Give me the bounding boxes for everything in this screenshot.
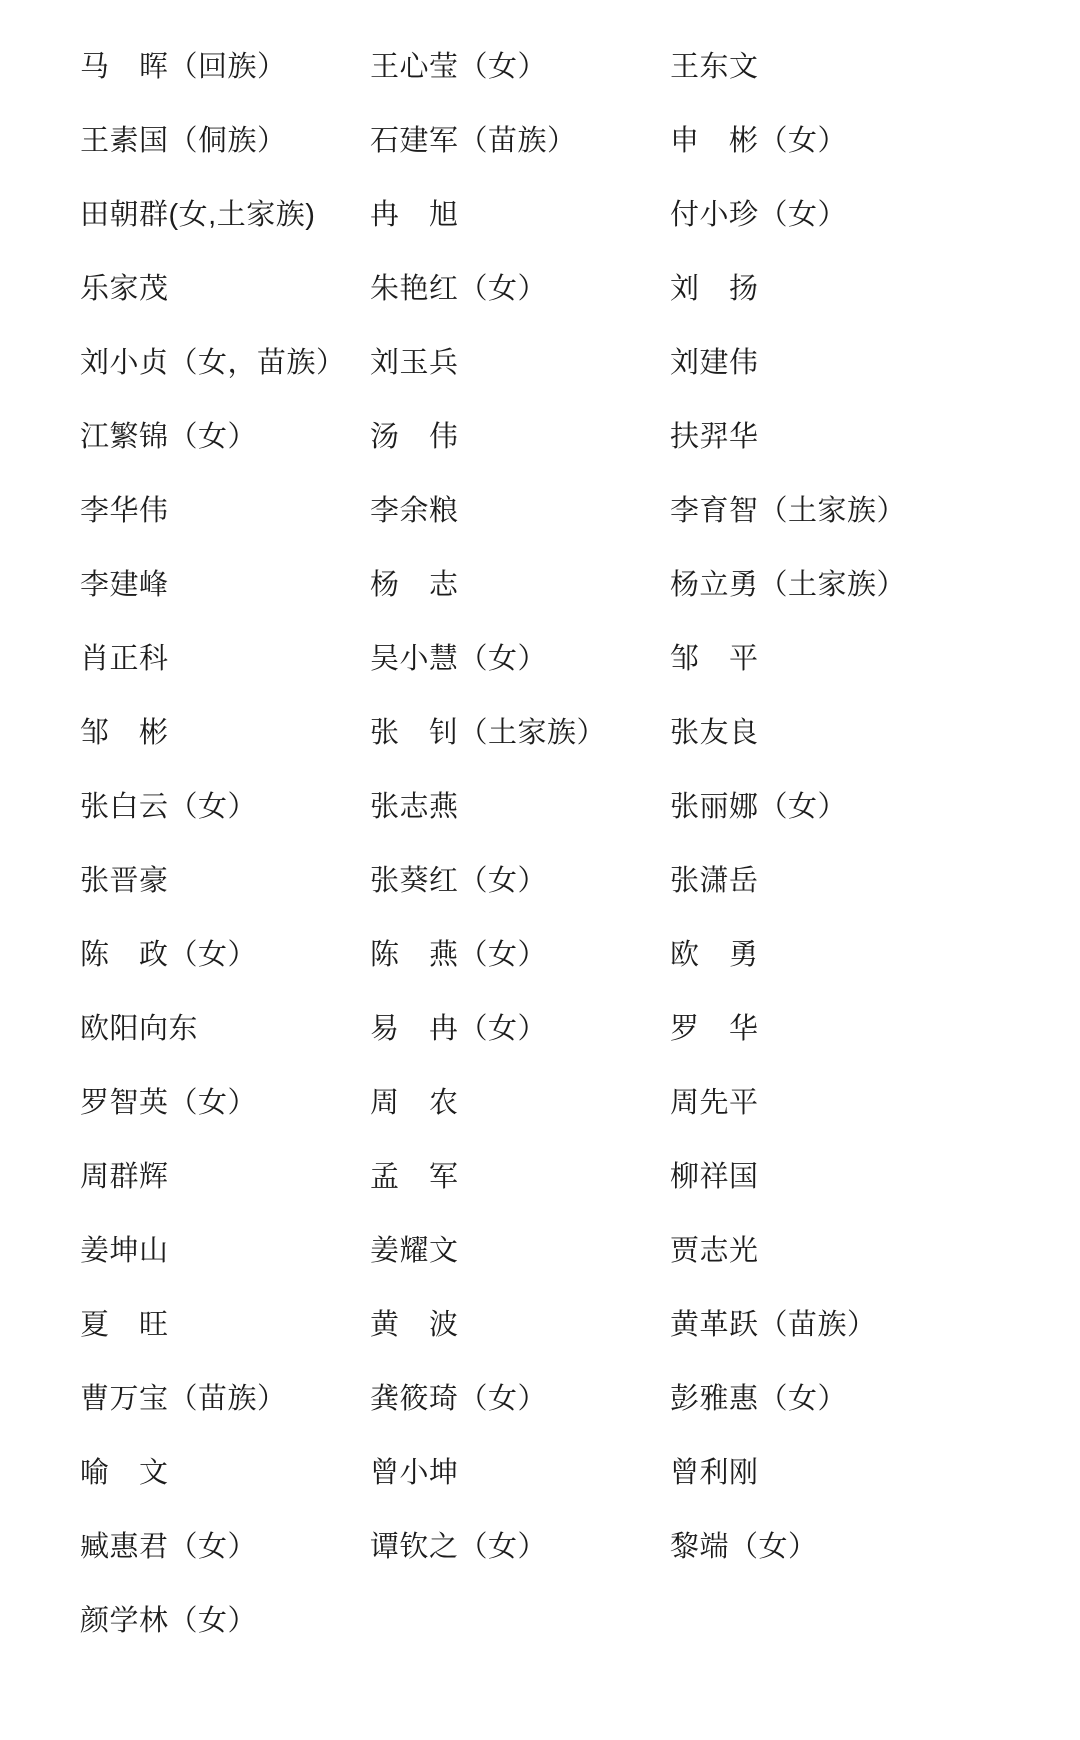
person-name: 姜耀文 (370, 1237, 670, 1266)
person-name: 黎端（女） (670, 1533, 1040, 1562)
person-name: 马 晖（回族） (80, 53, 370, 82)
person-name: 罗智英（女） (80, 1089, 370, 1118)
name-row: 江繁锦（女） 汤 伟 扶羿华 (80, 400, 1040, 474)
name-row: 曹万宝（苗族） 龚筱琦（女） 彭雅惠（女） (80, 1362, 1040, 1436)
person-name: 邹 平 (670, 645, 1040, 674)
person-name: 刘建伟 (670, 349, 1040, 378)
person-name: 张友良 (670, 719, 1040, 748)
name-row: 刘小贞（女，苗族） 刘玉兵 刘建伟 (80, 326, 1040, 400)
person-name: 黄革跃（苗族） (670, 1311, 1040, 1340)
person-name: 扶羿华 (670, 423, 1040, 452)
name-list: 马 晖（回族） 王心莹（女） 王东文 王素国（侗族） 石建军（苗族） 申 彬（女… (80, 30, 1040, 1658)
person-name: 付小珍（女） (670, 201, 1040, 230)
name-row: 喻 文 曾小坤 曾利刚 (80, 1436, 1040, 1510)
person-name: 夏 旺 (80, 1311, 370, 1340)
person-name: 贾志光 (670, 1237, 1040, 1266)
person-name: 周先平 (670, 1089, 1040, 1118)
person-name: 吴小慧（女） (370, 645, 670, 674)
person-name: 王素国（侗族） (80, 127, 370, 156)
person-name: 江繁锦（女） (80, 423, 370, 452)
person-name: 杨立勇（土家族） (670, 571, 1040, 600)
name-row: 欧阳向东 易 冉（女） 罗 华 (80, 992, 1040, 1066)
person-name: 张白云（女） (80, 793, 370, 822)
person-name: 陈 燕（女） (370, 941, 670, 970)
person-name: 谭钦之（女） (370, 1533, 670, 1562)
person-name: 王东文 (670, 53, 1040, 82)
person-name: 乐家茂 (80, 275, 370, 304)
person-name: 龚筱琦（女） (370, 1385, 670, 1414)
person-name: 孟 军 (370, 1163, 670, 1192)
person-name: 冉 旭 (370, 201, 670, 230)
person-name: 张晋豪 (80, 867, 370, 896)
name-row: 姜坤山 姜耀文 贾志光 (80, 1214, 1040, 1288)
person-name: 李育智（土家族） (670, 497, 1040, 526)
name-row: 张晋豪 张葵红（女） 张潇岳 (80, 844, 1040, 918)
person-name: 柳祥国 (670, 1163, 1040, 1192)
person-name: 李建峰 (80, 571, 370, 600)
person-name: 刘 扬 (670, 275, 1040, 304)
name-list-page: 马 晖（回族） 王心莹（女） 王东文 王素国（侗族） 石建军（苗族） 申 彬（女… (0, 0, 1080, 1740)
name-row: 邹 彬 张 钊（土家族） 张友良 (80, 696, 1040, 770)
person-name: 曾利刚 (670, 1459, 1040, 1488)
person-name: 颜学林（女） (80, 1607, 370, 1636)
name-row: 张白云（女） 张志燕 张丽娜（女） (80, 770, 1040, 844)
person-name: 田朝群(女,土家族) (80, 201, 370, 230)
name-row: 田朝群(女,土家族) 冉 旭 付小珍（女） (80, 178, 1040, 252)
name-row: 周群辉 孟 军 柳祥国 (80, 1140, 1040, 1214)
person-name: 邹 彬 (80, 719, 370, 748)
person-name: 朱艳红（女） (370, 275, 670, 304)
person-name: 周 农 (370, 1089, 670, 1118)
person-name: 石建军（苗族） (370, 127, 670, 156)
name-row: 李华伟 李余粮 李育智（土家族） (80, 474, 1040, 548)
person-name: 曹万宝（苗族） (80, 1385, 370, 1414)
name-row: 臧惠君（女） 谭钦之（女） 黎端（女） (80, 1510, 1040, 1584)
name-row: 罗智英（女） 周 农 周先平 (80, 1066, 1040, 1140)
person-name: 杨 志 (370, 571, 670, 600)
name-row: 马 晖（回族） 王心莹（女） 王东文 (80, 30, 1040, 104)
person-name: 臧惠君（女） (80, 1533, 370, 1562)
person-name: 张 钊（土家族） (370, 719, 670, 748)
person-name: 申 彬（女） (670, 127, 1040, 156)
person-name: 彭雅惠（女） (670, 1385, 1040, 1414)
person-name: 周群辉 (80, 1163, 370, 1192)
person-name: 欧阳向东 (80, 1015, 370, 1044)
person-name: 刘玉兵 (370, 349, 670, 378)
person-name: 张葵红（女） (370, 867, 670, 896)
name-row: 夏 旺 黄 波 黄革跃（苗族） (80, 1288, 1040, 1362)
person-name: 肖正科 (80, 645, 370, 674)
person-name: 欧 勇 (670, 941, 1040, 970)
person-name: 王心莹（女） (370, 53, 670, 82)
person-name: 易 冉（女） (370, 1015, 670, 1044)
person-name: 罗 华 (670, 1015, 1040, 1044)
person-name: 曾小坤 (370, 1459, 670, 1488)
person-name: 姜坤山 (80, 1237, 370, 1266)
person-name: 李余粮 (370, 497, 670, 526)
person-name: 刘小贞（女，苗族） (80, 349, 370, 378)
name-row: 肖正科 吴小慧（女） 邹 平 (80, 622, 1040, 696)
person-name: 陈 政（女） (80, 941, 370, 970)
name-row: 颜学林（女） (80, 1584, 1040, 1658)
person-name: 黄 波 (370, 1311, 670, 1340)
person-name: 李华伟 (80, 497, 370, 526)
name-row: 王素国（侗族） 石建军（苗族） 申 彬（女） (80, 104, 1040, 178)
person-name: 张丽娜（女） (670, 793, 1040, 822)
name-row: 陈 政（女） 陈 燕（女） 欧 勇 (80, 918, 1040, 992)
person-name: 张潇岳 (670, 867, 1040, 896)
person-name: 汤 伟 (370, 423, 670, 452)
person-name: 张志燕 (370, 793, 670, 822)
person-name: 喻 文 (80, 1459, 370, 1488)
name-row: 李建峰 杨 志 杨立勇（土家族） (80, 548, 1040, 622)
name-row: 乐家茂 朱艳红（女） 刘 扬 (80, 252, 1040, 326)
